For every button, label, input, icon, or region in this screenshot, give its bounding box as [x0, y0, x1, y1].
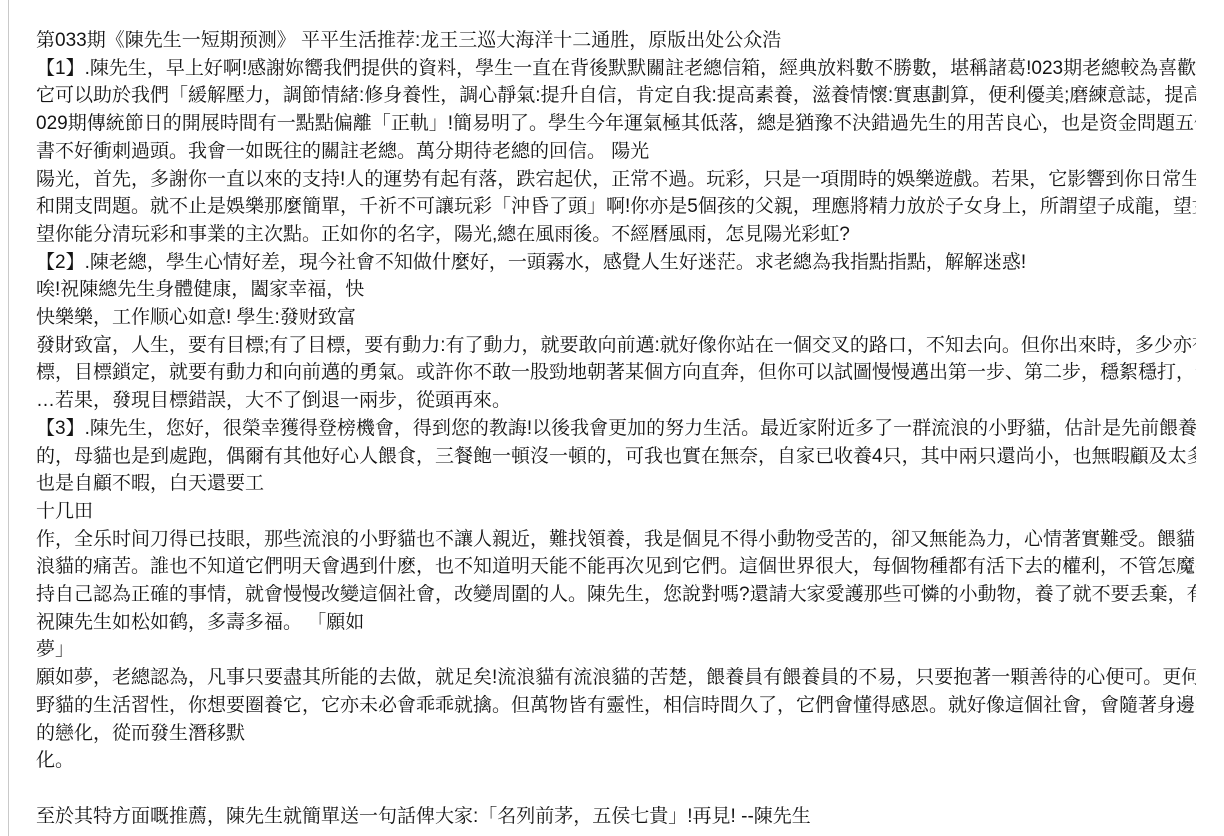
document-text: 第033期《陳先生一短期预测》 平平生活推荐:龙王三巡大海洋十二通胜，原版出处公… [36, 27, 1196, 830]
left-border-rule [8, 0, 9, 836]
